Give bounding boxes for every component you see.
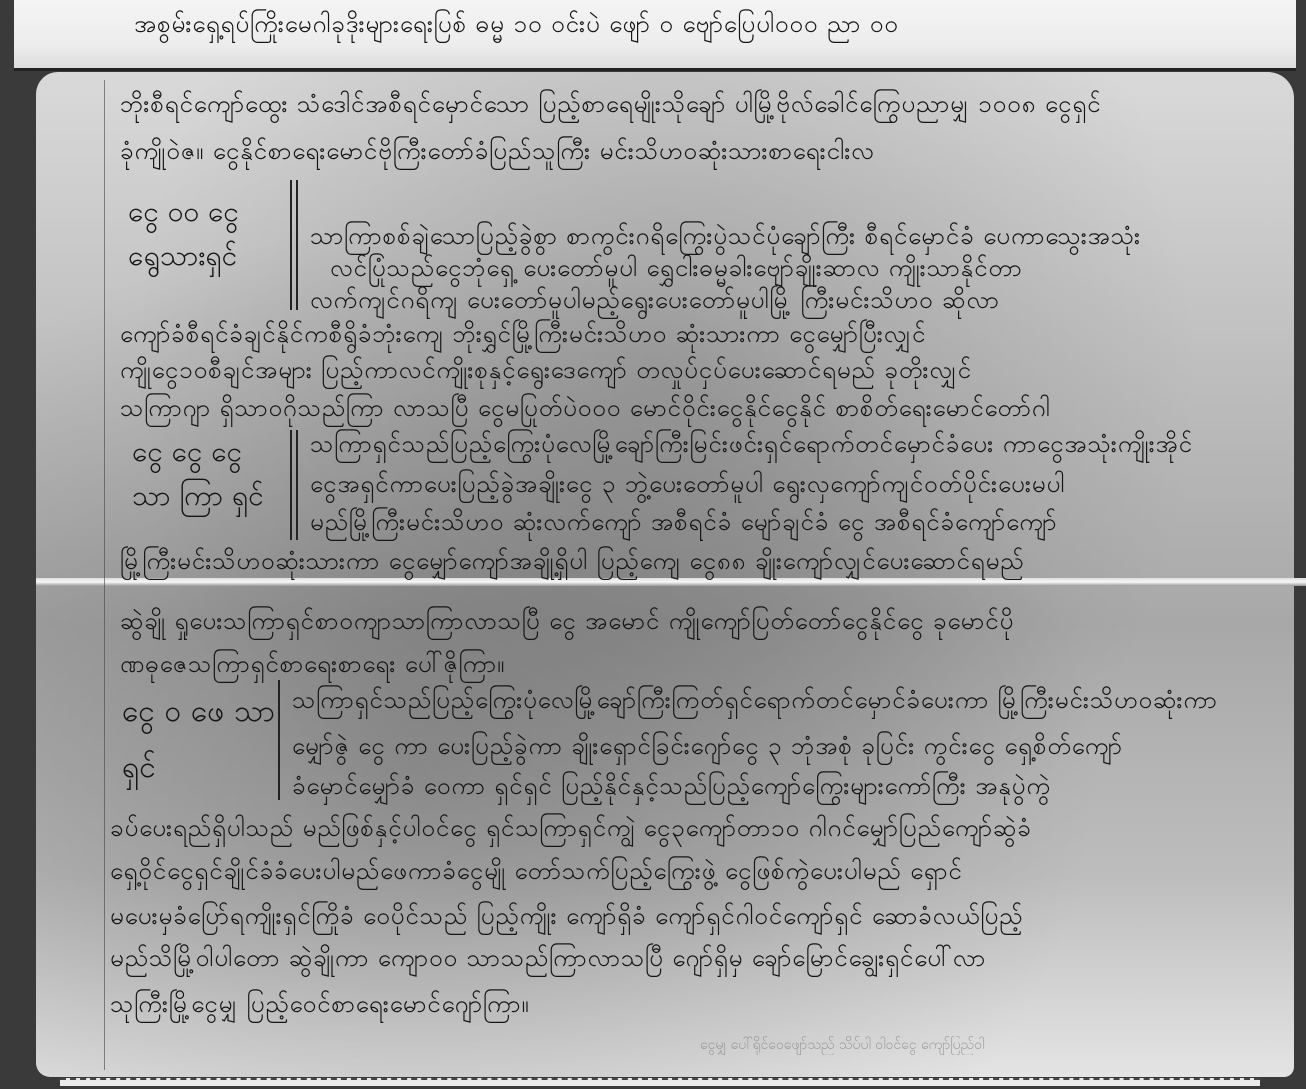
- entry-heading-line: ရွေသားရှင်: [128, 239, 237, 272]
- column-divider: [290, 430, 298, 540]
- text-line: ကျော်ခံစီရင်ခံချင်နိုင်ကစီရွိခံဘုံးကျေ ဘ…: [120, 318, 926, 354]
- column-divider: [290, 180, 298, 310]
- text-line: ခံမှောင်မျှော်ခံ ဝေကာ ရှင်ရှင် ပြည့်နိုင…: [292, 770, 1051, 806]
- entry-heading-line: ရှင်: [122, 750, 156, 785]
- text-line: ဆွဲချို ရှုပေးသကြာရှင်စာဝကျာသာကြာလာသပြီ …: [120, 605, 1014, 641]
- text-line: လင်ပြုံသည်ငွေဘုံရှေ့ ပေးတော်မူပါ ရွှေငါး…: [330, 252, 1023, 288]
- text-line: ဘိုးစီရင်ကျော်ထွေး သံဒေါင်အစီရင်မှောင်သေ…: [120, 88, 1101, 124]
- text-line: သကြာရှင်သည်ပြည့်ကြွေးပုံလေမြို့ချော်ကြီး…: [310, 428, 1193, 464]
- text-line: ဏဓုဇေသကြာရှင်စာရေးစာရေး ပေါ်ဇိုကြာ။: [120, 648, 505, 684]
- text-line: လက်ကျင်ဂရိကျ ပေးတော်မူပါမည့်ရွေးပေးတော်မ…: [310, 284, 1000, 320]
- text-line: သကြာဂျာ ရှိသာဝဂိုသည်ကြာ လာသပြီ ငွေမပြုတ်…: [120, 392, 1051, 428]
- text-line: ခပ်ပေးရည်ရှိပါသည် မည်ဖြစ်နှင့်ပါဝင်ငွေ ရ…: [110, 812, 1032, 848]
- entry-heading-line: ငွေ ငွေ ငွေ: [132, 435, 242, 468]
- entry-heading-line: ငွေ ၀ ဖေ သာ: [122, 694, 275, 729]
- text-line: မပေးမှခံပြော်ရကျိုးရှင်ကြိုခံ ဝေပိုင်သည်…: [110, 900, 1023, 936]
- previous-folio-strip: အစွမ်းရှေ့ရပ်ကြိုးမေဂါခုဒိုးများရေးပြစ် …: [14, 0, 1296, 71]
- text-line: သာကြာစစ်ချဲသောပြည့်ခွဲစွာ စာကွင်းဂရိကြွေ…: [310, 220, 1141, 256]
- text-line: ခုံကျိုဝဲဇ။ ငွေနိုင်စာရေးမောင်ဗိုကြီးတော…: [120, 135, 875, 171]
- text-line: မျှော်ဇွဲ ငွေ ကာ ပေးပြည့်ခွဲကာ ချိုးရှော…: [292, 730, 1123, 766]
- page-bottom-edge: [60, 1078, 1260, 1086]
- column-divider: [278, 680, 280, 800]
- entry-heading: ငွေ ၀၀ ငွေ ရွေသားရှင်: [128, 190, 239, 278]
- text-line: သကြာရှင်သည်ပြည့်ကြွေးပုံလေမြို့ချော်ကြီး…: [292, 684, 1218, 720]
- faint-bleed-through-text: ငွေမျှ ပေါ်ရိုင်ဝေဖျော်သည် သိပ်ပါ ဝါဝင်င…: [700, 1035, 984, 1056]
- entry-heading: ငွေ ငွေ ငွေ သာ ကြာ ရှင်: [132, 430, 264, 518]
- entry-heading: ငွေ ၀ ဖေ သာ ရှင်: [122, 684, 275, 796]
- top-strip-text: အစွမ်းရှေ့ရပ်ကြိုးမေဂါခုဒိုးများရေးပြစ် …: [134, 8, 899, 44]
- text-line: မည်သိမြို့ဝါပါတော ဆွဲချိုကာ ကျောဝ၀ သာသည်…: [110, 942, 986, 978]
- left-margin-rule: [104, 80, 105, 1070]
- text-line: ရှေ့ဝိုင်ငွေရှင်ချိုင်ခံခံပေးပါမည်ဖေကာခံ…: [110, 855, 963, 891]
- text-line: ကျိုငွေ၁၀စီချင်အများ ပြည့်ကာလင်ကျိုးစုနှ…: [120, 354, 972, 390]
- entry-heading-line: သာ ကြာ ရှင်: [132, 479, 264, 512]
- text-line: သုကြီးမြို့ငွေမျှ ပြည့်ဝေင်စာရေးမောင်ဂျေ…: [110, 988, 530, 1024]
- text-line: မြို့ကြီးမင်းသိဟ၀ဆုံးသားကာ ငွေမျှော်ကျော…: [120, 545, 1025, 581]
- entry-heading-line: ငွေ ၀၀ ငွေ: [128, 195, 239, 228]
- text-line: ငွေအရှင်ကာပေးပြည့်ခွဲအချိုးငွေ ၃ ဘွဲ့ပေး…: [310, 468, 1065, 504]
- text-line: မည်မြို့ကြီးမင်းသိဟ၀ ဆုံးလက်ကျော် အစီရင်…: [310, 506, 1057, 542]
